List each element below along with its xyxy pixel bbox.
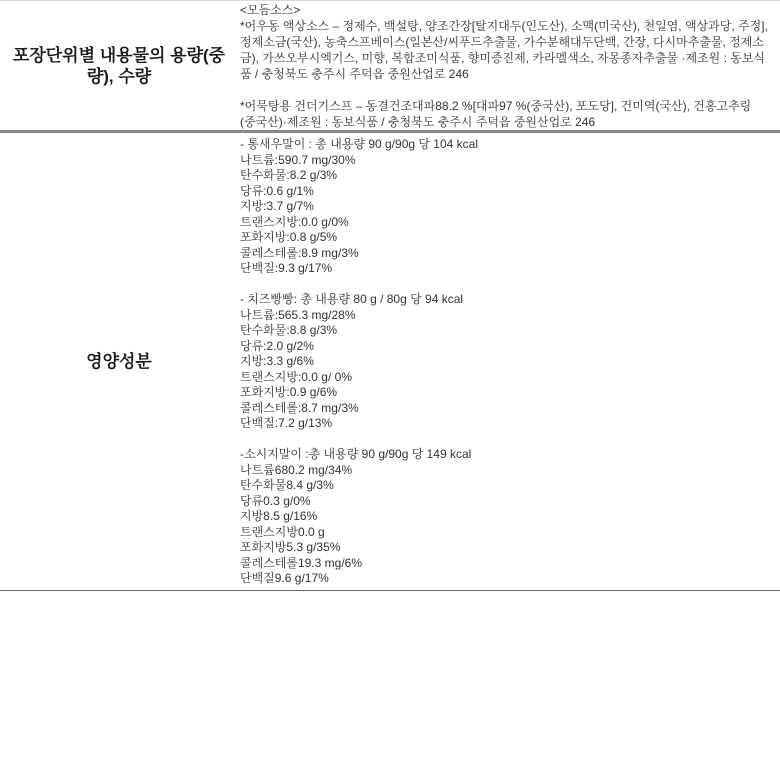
nutrition-item: 지방8.5 g/16%: [240, 509, 772, 525]
table-row-nutrition: 영양성분 - 통새우말이 : 총 내용량 90 g/90g 당 104 kcal…: [0, 133, 780, 591]
text-line: <모듬소스>: [240, 2, 772, 18]
nutrition-item: 콜레스테롤:8.9 mg/3%: [240, 246, 772, 262]
nutrition-item: 단백질:9.3 g/17%: [240, 261, 772, 277]
nutrition-item: 당류0.3 g/0%: [240, 494, 772, 510]
text-line-blank: [240, 82, 772, 98]
row-header-package-contents: 포장단위별 내용물의 용량(중량), 수량: [0, 1, 238, 130]
nutrition-section-sausage-roll: -소시지말이 :총 내용량 90 g/90g 당 149 kcal 나트륨680…: [240, 447, 772, 587]
nutrition-section-title: - 치즈빵빵: 총 내용량 80 g / 80g 당 94 kcal: [240, 292, 772, 308]
nutrition-item: 지방:3.3 g/6%: [240, 354, 772, 370]
nutrition-item: 당류:2.0 g/2%: [240, 339, 772, 355]
nutrition-item: 나트륨:565.3 mg/28%: [240, 308, 772, 324]
nutrition-item: 트랜스지방:0.0 g/ 0%: [240, 370, 772, 386]
nutrition-item: 포화지방:0.8 g/5%: [240, 230, 772, 246]
nutrition-section-title: - 통새우말이 : 총 내용량 90 g/90g 당 104 kcal: [240, 137, 772, 153]
nutrition-item: 탄수화물8.4 g/3%: [240, 478, 772, 494]
text-line: *어묵탕용 건더기스프 – 동결건조대파88.2 %[대파97 %(중국산), …: [240, 98, 772, 114]
row-header-label: 영양성분: [86, 351, 152, 372]
text-line: *어우동 액상소스 – 정제수, 백설탕, 양조간장[탈지대두(인도산), 소맥…: [240, 18, 772, 34]
nutrition-item: 트랜스지방:0.0 g/0%: [240, 215, 772, 231]
nutrition-item: 콜레스테롤:8.7 mg/3%: [240, 401, 772, 417]
nutrition-section-cheese-bbang: - 치즈빵빵: 총 내용량 80 g / 80g 당 94 kcal 나트륨:5…: [240, 292, 772, 432]
nutrition-item: 트랜스지방0.0 g: [240, 525, 772, 541]
nutrition-item: 탄수화물:8.8 g/3%: [240, 323, 772, 339]
nutrition-item: 포화지방:0.9 g/6%: [240, 385, 772, 401]
row-header-label: 포장단위별 내용물의 용량(중량), 수량: [12, 45, 226, 87]
nutrition-item: 콜레스테롤19.3 mg/6%: [240, 556, 772, 572]
nutrition-section-shrimp-roll: - 통새우말이 : 총 내용량 90 g/90g 당 104 kcal 나트륨:…: [240, 137, 772, 277]
nutrition-item: 단백질:7.2 g/13%: [240, 416, 772, 432]
text-line: 품 / 충청북도 충주시 주덕읍 중원산업로 246: [240, 66, 772, 82]
nutrition-item: 나트륨680.2 mg/34%: [240, 463, 772, 479]
row-header-nutrition: 영양성분: [0, 133, 238, 590]
text-line: 금), 가쓰오부시엑기스, 미향, 복합조미식품, 향미증진제, 카라멜색소, …: [240, 50, 772, 66]
text-line: (중국산)·제조원 : 동보식품 / 충청북도 충주시 주덕읍 중원산업로 24…: [240, 114, 772, 130]
nutrition-item: 포화지방5.3 g/35%: [240, 540, 772, 556]
nutrition-item: 탄수화물:8.2 g/3%: [240, 168, 772, 184]
nutrition-item: 당류:0.6 g/1%: [240, 184, 772, 200]
nutrition-item: 단백질9.6 g/17%: [240, 571, 772, 587]
package-contents-text: <모듬소스> *어우동 액상소스 – 정제수, 백설탕, 양조간장[탈지대두(인…: [238, 1, 780, 130]
text-line: 정제소금(국산), 농축스프베이스(일본산/씨푸드추출물, 가수분해대두단백, …: [240, 34, 772, 50]
nutrition-item: 나트륨:590.7 mg/30%: [240, 153, 772, 169]
nutrition-text: - 통새우말이 : 총 내용량 90 g/90g 당 104 kcal 나트륨:…: [238, 133, 780, 590]
nutrition-item: 지방:3.7 g/7%: [240, 199, 772, 215]
table-row-package-contents: 포장단위별 내용물의 용량(중량), 수량 <모듬소스> *어우동 액상소스 –…: [0, 1, 780, 133]
nutrition-section-title: -소시지말이 :총 내용량 90 g/90g 당 149 kcal: [240, 447, 772, 463]
product-info-table: 포장단위별 내용물의 용량(중량), 수량 <모듬소스> *어우동 액상소스 –…: [0, 0, 780, 591]
